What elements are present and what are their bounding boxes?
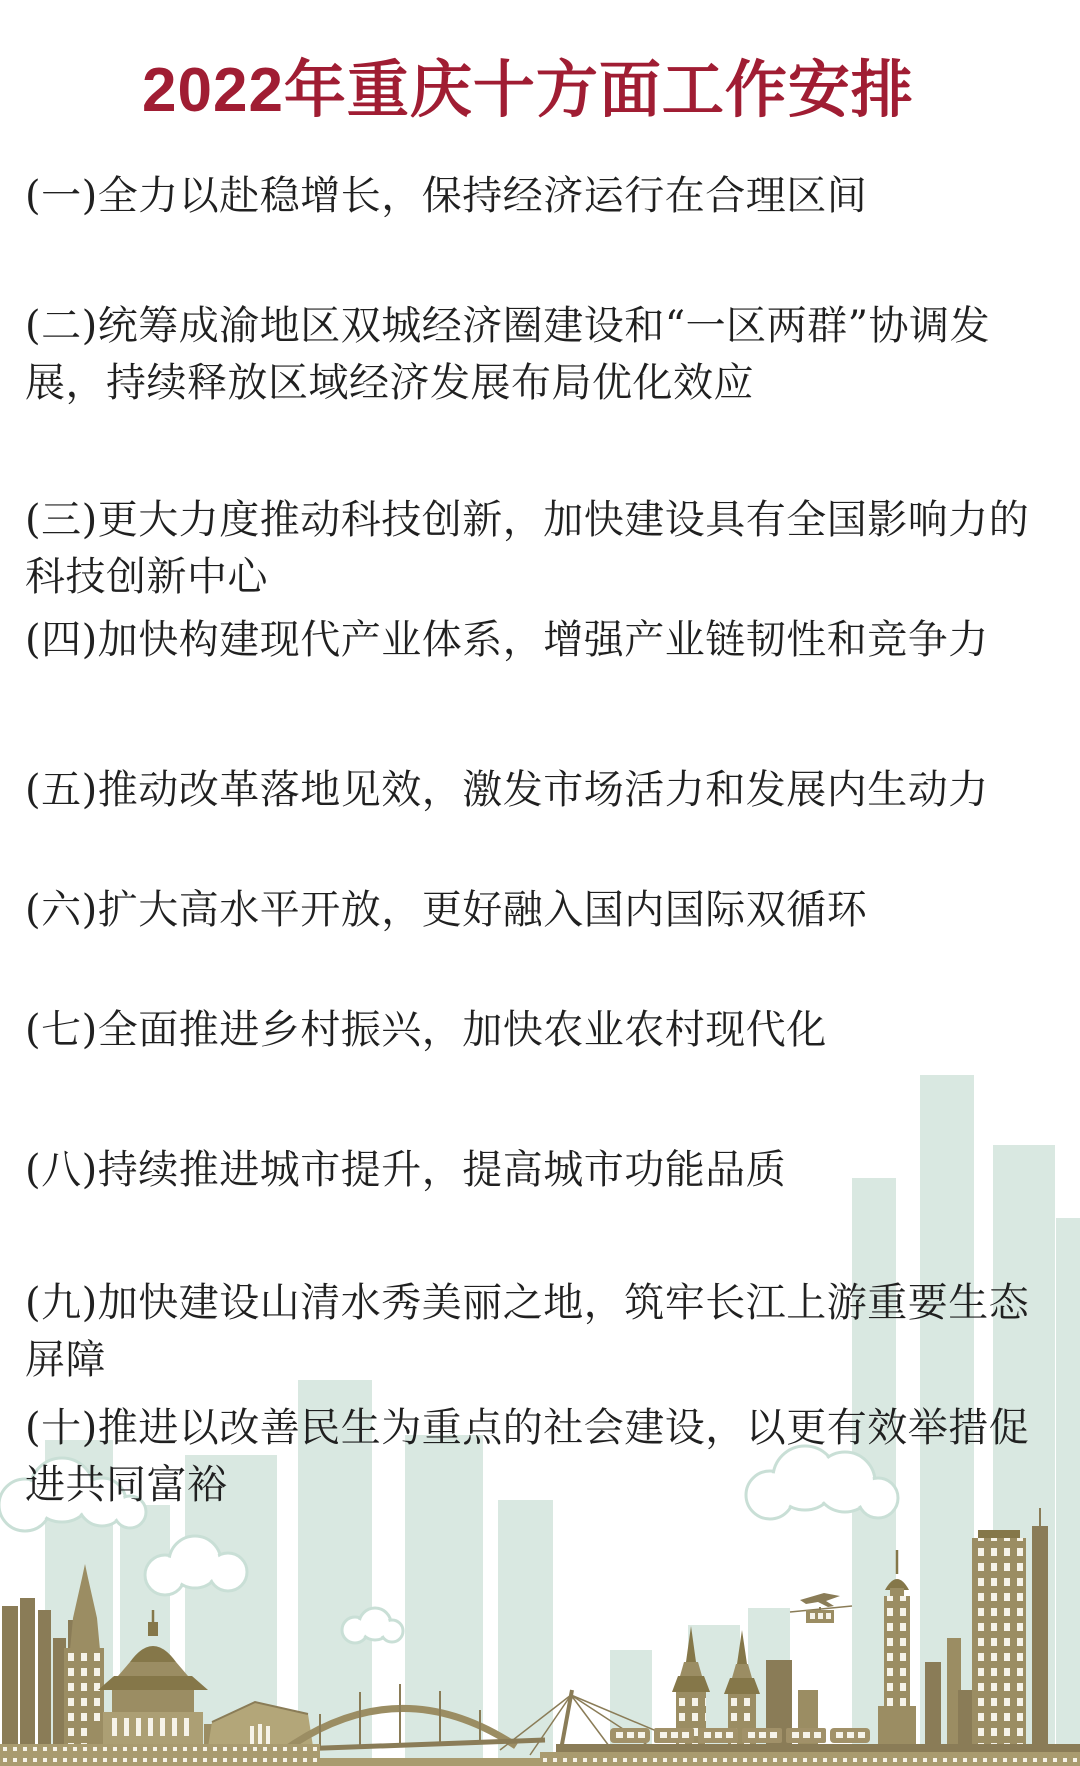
work-item-10: (十)推进以改善民生为重点的社会建设，以更有效举措促进共同富裕 <box>25 1400 1064 1514</box>
work-item-7: (七)全面推进乡村振兴，加快农业农村现代化 <box>25 1002 1064 1059</box>
infographic-page: 2022年重庆十方面工作安排 (一)全力以赴稳增长，保持经济运行在合理区间 (二… <box>0 0 1080 1766</box>
work-item-6: (六)扩大高水平开放，更好融入国内国际双循环 <box>25 882 1064 939</box>
work-item-8: (八)持续推进城市提升，提高城市功能品质 <box>25 1142 1064 1199</box>
work-item-3: (三)更大力度推动科技创新，加快建设具有全国影响力的科技创新中心 <box>25 492 1064 606</box>
page-title: 2022年重庆十方面工作安排 <box>142 40 914 129</box>
work-item-9: (九)加快建设山清水秀美丽之地，筑牢长江上游重要生态屏障 <box>25 1275 1064 1389</box>
work-item-1: (一)全力以赴稳增长，保持经济运行在合理区间 <box>25 168 1064 225</box>
work-item-4: (四)加快构建现代产业体系，增强产业链韧性和竞争力 <box>25 612 1064 669</box>
work-item-5: (五)推动改革落地见效，激发市场活力和发展内生动力 <box>25 762 1064 819</box>
airplane-icon <box>800 1593 840 1607</box>
cable-car-icon <box>790 1606 852 1623</box>
work-item-2: (二)统筹成渝地区双城经济圈建设和“一区两群”协调发展，持续释放区域经济发展布局… <box>25 298 1064 412</box>
